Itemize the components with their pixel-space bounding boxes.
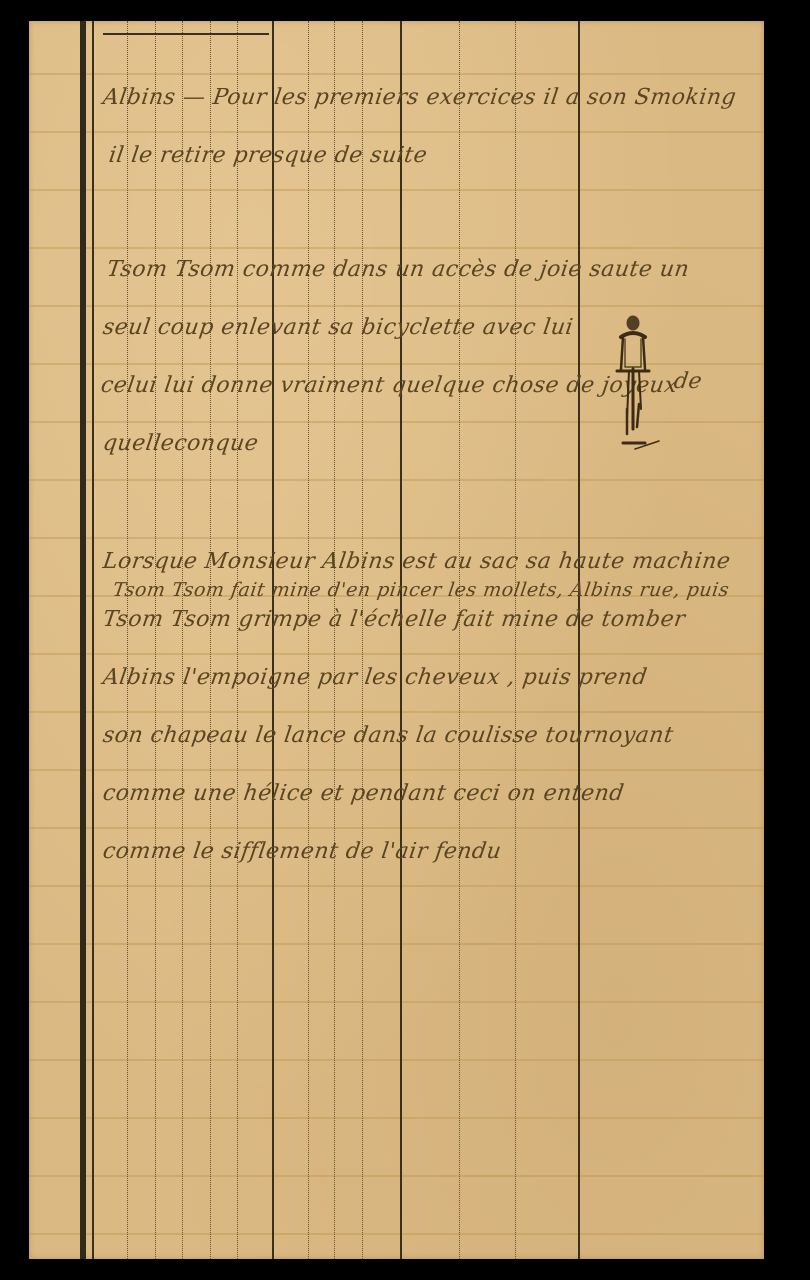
handwritten-line: Albins l'empoigne par les cheveux , puis… [101,665,649,690]
ruled-line [29,305,764,307]
column-dotted-rule [237,21,238,1259]
ruled-line [29,711,764,713]
handwritten-line: seul coup enlevant sa bicyclette avec lu… [101,315,575,340]
manuscript-page: Albins — Pour les premiers exercices il … [29,21,764,1259]
handwritten-line: comme le sifflement de l'air fendu [101,839,503,864]
column-dotted-rule [459,21,460,1259]
column-rule [272,21,274,1259]
ruled-line [29,769,764,771]
column-rule [92,21,94,1259]
column-rule [400,21,402,1259]
handwritten-line: Lorsque Monsieur Albins est au sac sa ha… [101,549,732,574]
handwritten-line: Tsom Tsom fait mine d'en pincer les moll… [111,579,730,601]
ruled-line [29,885,764,887]
ruled-line [29,189,764,191]
column-dotted-rule [515,21,516,1259]
handwritten-line: son chapeau le lance dans la coulisse to… [101,723,675,748]
column-dotted-rule [210,21,211,1259]
ruled-line [29,247,764,249]
ruled-line [29,1175,764,1177]
cyclist-sketch-icon [611,309,661,469]
ruled-line [29,131,764,133]
column-dotted-rule [182,21,183,1259]
ruled-line [29,1059,764,1061]
column-dotted-rule [308,21,309,1259]
handwritten-line: de [672,369,704,394]
header-rule [103,33,269,35]
column-dotted-rule [155,21,156,1259]
handwritten-line: il le retire presque de suite [107,143,429,168]
handwritten-line: Tsom Tsom grimpe à l'échelle fait mine d… [101,607,687,632]
ruled-line [29,479,764,481]
ruled-line [29,1233,764,1235]
column-dotted-rule [362,21,363,1259]
handwritten-line: celui lui donne vraiment quelque chose d… [99,373,679,398]
margin-bar [80,21,86,1259]
ruled-line [29,537,764,539]
ruled-line [29,1117,764,1119]
ruled-line [29,827,764,829]
handwritten-line: comme une hélice et pendant ceci on ente… [101,781,625,806]
ruled-line [29,943,764,945]
handwritten-line: Albins — Pour les premiers exercices il … [101,85,738,110]
ruled-line [29,73,764,75]
ruled-line [29,1001,764,1003]
ruled-line [29,653,764,655]
column-rule [578,21,580,1259]
handwritten-line: quelleconque [101,431,260,456]
column-dotted-rule [127,21,128,1259]
column-dotted-rule [334,21,335,1259]
handwritten-line: Tsom Tsom comme dans un accès de joie sa… [105,257,691,282]
